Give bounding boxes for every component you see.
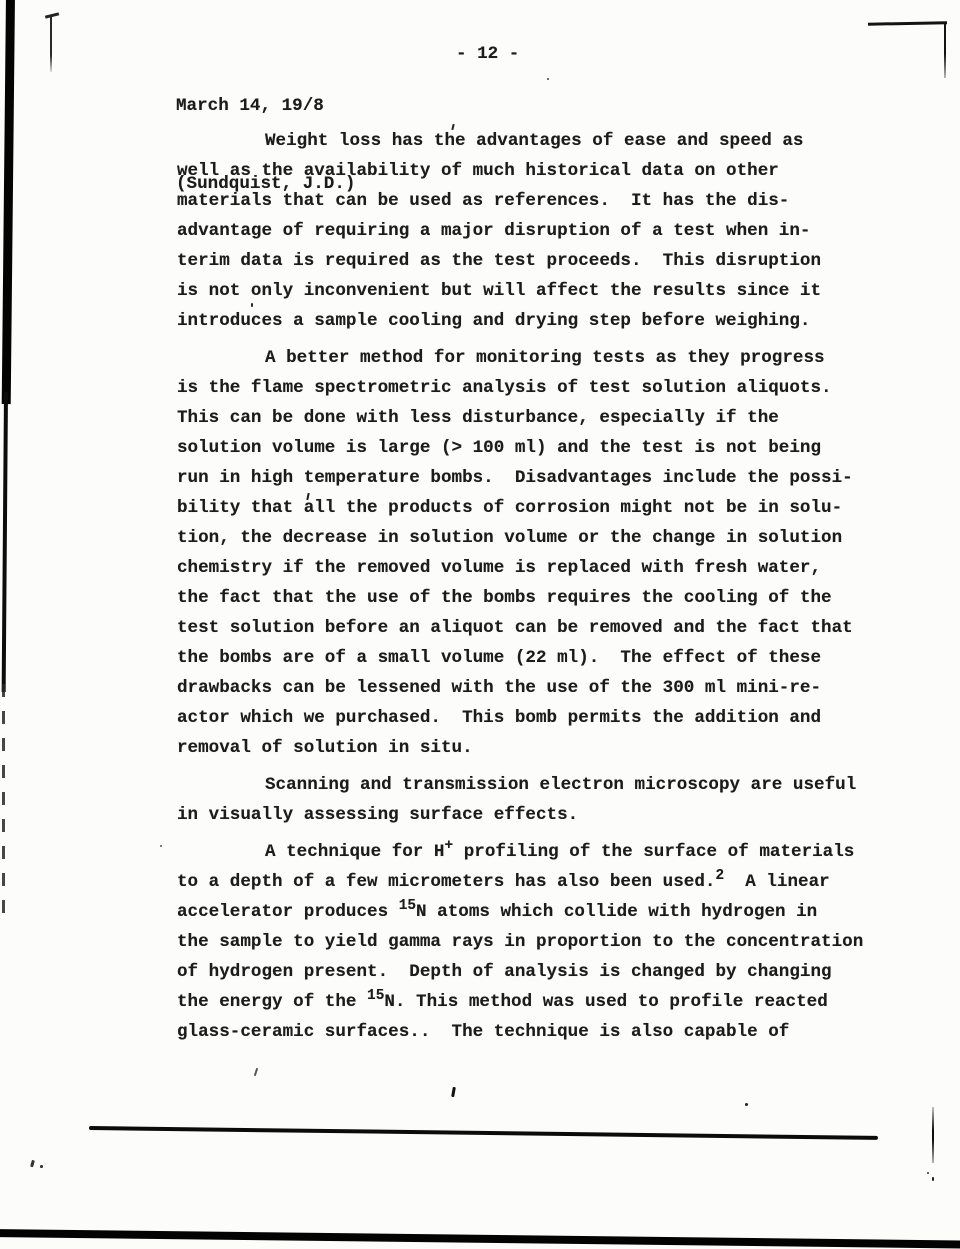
- text-line: This can be done with less disturbance, …: [177, 403, 917, 433]
- text-line: terim data is required as the test proce…: [177, 246, 917, 276]
- scanned-document-page: March 14, 19/8 (Sundquist, J.D.) - 12 - …: [0, 0, 960, 1249]
- text-line: A better method for monitoring tests as …: [177, 343, 917, 373]
- left-scan-edge-line-dashed: [2, 684, 5, 916]
- text-line: of hydrogen present. Depth of analysis i…: [177, 957, 917, 987]
- left-scan-edge-line: [2, 392, 8, 692]
- scan-speck: [451, 1087, 456, 1097]
- top-right-corner-mark: [868, 21, 947, 25]
- scan-speck: [547, 78, 549, 80]
- text-line: is the flame spectrometric analysis of t…: [177, 373, 917, 403]
- text-line: Weight loss has the advantages of ease a…: [177, 126, 917, 156]
- text-line: removal of solution in situ.: [177, 733, 917, 763]
- paragraph: A technique for H+ profiling of the surf…: [177, 837, 917, 1047]
- text-line: in visually assessing surface effects.: [177, 800, 917, 830]
- superscript: 15: [399, 898, 416, 914]
- superscript: 2: [715, 868, 724, 884]
- superscript: +: [445, 838, 454, 854]
- text-line: to a depth of a few micrometers has also…: [177, 867, 917, 897]
- text-line: accelerator produces 15N atoms which col…: [177, 897, 917, 927]
- text-line: introduces a sample cooling and drying s…: [177, 306, 917, 336]
- page-number: - 12 -: [456, 41, 519, 67]
- scan-speck: [40, 1165, 43, 1168]
- document-body: Weight loss has the advantages of ease a…: [177, 126, 917, 1047]
- top-right-corner-mark: [944, 24, 946, 78]
- text-line: chemistry if the removed volume is repla…: [177, 553, 917, 583]
- superscript: 15: [367, 988, 384, 1004]
- text-line: the fact that the use of the bombs requi…: [177, 583, 917, 613]
- header-date-line: March 14, 19/8: [176, 93, 356, 119]
- text-line: the bombs are of a small volume (22 ml).…: [177, 643, 917, 673]
- text-line: advantage of requiring a major disruptio…: [177, 216, 917, 246]
- scan-speck: [745, 1103, 748, 1106]
- text-line: the sample to yield gamma rays in propor…: [177, 927, 917, 957]
- text-line: drawbacks can be lessened with the use o…: [177, 673, 917, 703]
- text-line: materials that can be used as references…: [177, 186, 917, 216]
- text-line: well as the availability of much histori…: [177, 156, 917, 186]
- text-line: solution volume is large (> 100 ml) and …: [177, 433, 917, 463]
- text-line: tion, the decrease in solution volume or…: [177, 523, 917, 553]
- text-line: bility that all the products of corrosio…: [177, 493, 917, 523]
- pencil-mark: [50, 15, 52, 72]
- text-line: Scanning and transmission electron micro…: [177, 770, 917, 800]
- right-edge-mark: [932, 1107, 934, 1163]
- scan-speck: [927, 1172, 929, 1174]
- paragraph: A better method for monitoring tests as …: [177, 343, 917, 763]
- left-scan-edge-line: [2, 0, 15, 404]
- scan-speck: [932, 1177, 934, 1181]
- text-line: is not only inconvenient but will affect…: [177, 276, 917, 306]
- bottom-scan-bar: [0, 1229, 960, 1248]
- text-line: A technique for H+ profiling of the surf…: [177, 837, 917, 867]
- text-line: actor which we purchased. This bomb perm…: [177, 703, 917, 733]
- paragraph: Scanning and transmission electron micro…: [177, 770, 917, 830]
- scan-speck: [160, 845, 162, 847]
- text-line: the energy of the 15N. This method was u…: [177, 987, 917, 1017]
- footer-separator-line: [89, 1126, 878, 1140]
- scan-speck: [254, 1068, 258, 1076]
- pencil-mark-tick: [45, 12, 59, 18]
- text-line: glass-ceramic surfaces.. The technique i…: [177, 1017, 917, 1047]
- text-line: test solution before an aliquot can be r…: [177, 613, 917, 643]
- text-line: run in high temperature bombs. Disadvant…: [177, 463, 917, 493]
- scan-speck: [30, 1160, 34, 1167]
- paragraph: Weight loss has the advantages of ease a…: [177, 126, 917, 336]
